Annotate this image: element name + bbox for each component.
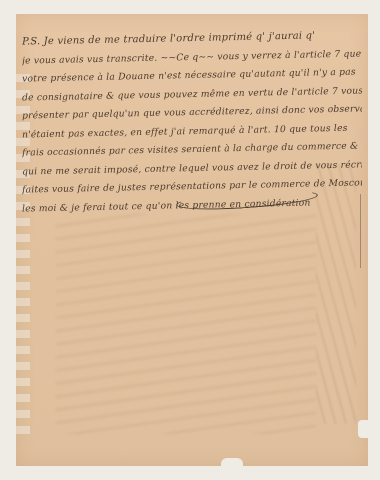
paper-tear bbox=[358, 420, 368, 438]
paper-tear bbox=[221, 458, 243, 466]
handwritten-text-block: P.S. Je viens de me traduire l'ordre imp… bbox=[22, 30, 362, 215]
manuscript-page: P.S. Je viens de me traduire l'ordre imp… bbox=[16, 14, 368, 466]
bleedthrough-text bbox=[56, 214, 316, 434]
